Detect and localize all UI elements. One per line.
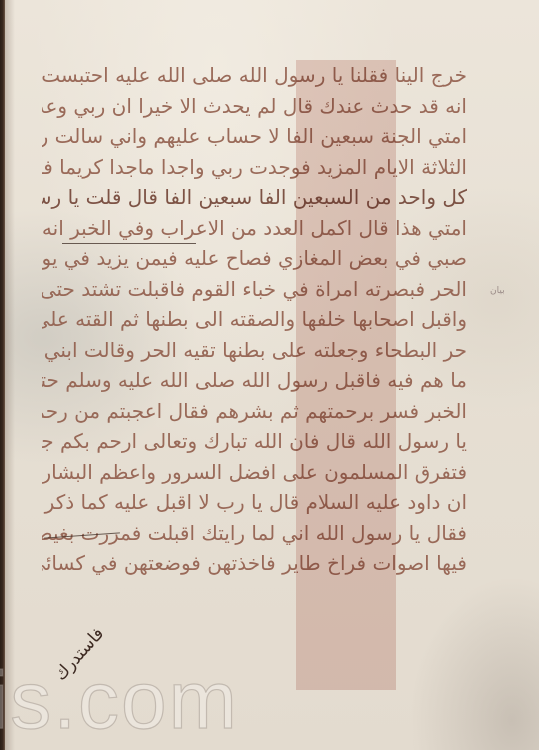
text-line: الخبر فسر برحمتهم ثم بشرهم فقال اعجبتم م… [42, 396, 467, 427]
text-line: حر البطحاء وجعلته على بطنها تقيه الحر وق… [42, 335, 467, 366]
text-line: فتفرق المسلمون على افضل السرور واعظم الب… [42, 457, 467, 488]
text-line: الثلاثة الايام المزيد فوجدت ربي واجدا ما… [42, 152, 467, 183]
margin-note: بيان [490, 286, 505, 296]
text-line: امتي هذا قال اكمل العدد من الاعراب وفي ا… [42, 213, 467, 244]
manuscript-page: خرج الينا فقلنا يا رسول الله صلى الله عل… [0, 0, 539, 750]
text-line: الحر فبصرته امراة في خباء القوم فاقبلت ت… [42, 274, 467, 305]
manuscript-text-block: خرج الينا فقلنا يا رسول الله صلى الله عل… [42, 60, 467, 579]
underline-mark [62, 243, 196, 244]
text-line: خرج الينا فقلنا يا رسول الله صلى الله عل… [42, 60, 467, 91]
text-line: فيها اصوات فراخ طاير فاخذتهن فوضعتهن في … [42, 548, 467, 579]
text-line: ما هم فيه فاقبل رسول الله صلى الله عليه … [42, 365, 467, 396]
watermark-band [296, 60, 396, 690]
text-line: واقبل اصحابها خلفها والصقته الى بطنها ثم… [42, 304, 467, 335]
text-line: صبي في بعض المغازي فصاح عليه فيمن يزيد ف… [42, 243, 467, 274]
text-line: امتي الجنة سبعين الفا لا حساب عليهم واني… [42, 121, 467, 152]
site-watermark: is.com [0, 660, 239, 742]
text-line: يا رسول الله قال فان الله تبارك وتعالى ا… [42, 426, 467, 457]
text-line: انه قد حدث عندك قال لم يحدث الا خيرا ان … [42, 91, 467, 122]
text-line: ان داود عليه السلام قال يا رب لا اقبل عل… [42, 487, 467, 518]
binding-shadow [5, 0, 15, 750]
text-line: كل واحد من السبعين الفا سبعين الفا قال ق… [42, 182, 467, 213]
